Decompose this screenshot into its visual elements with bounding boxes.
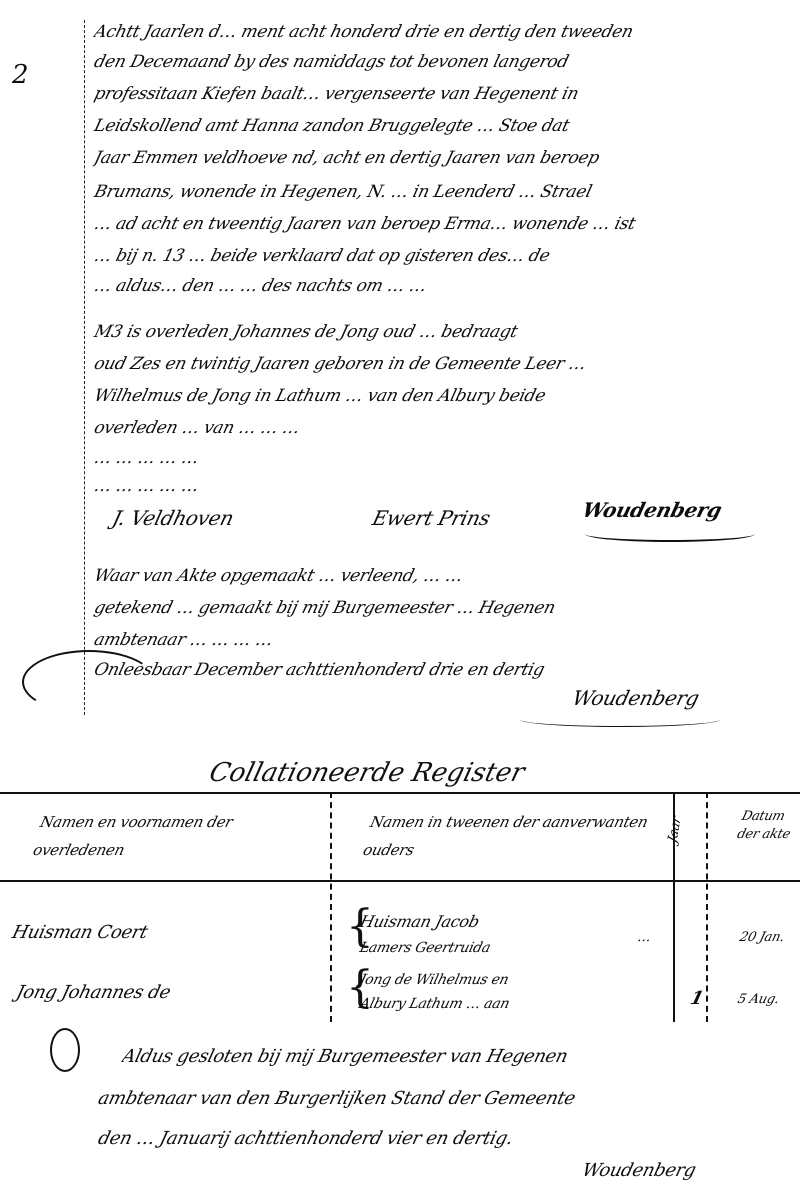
closing-signature: Woudenberg	[570, 686, 702, 710]
closing-signature-flourish	[520, 712, 720, 727]
footer-signature: Woudenberg	[580, 1160, 698, 1181]
footer-line: den … Januarij achttienhonderd vier en d…	[96, 1128, 795, 1149]
text-line: … ad acht en tweentig Jaaren van beroep …	[92, 214, 797, 234]
signature-prins: Ewert Prins	[370, 506, 493, 530]
table-header-date: Datum der akte	[735, 808, 800, 844]
text-line: Leidskollend amt Hanna zandon Bruggelegt…	[92, 116, 797, 136]
decorative-flourish	[50, 1028, 80, 1072]
text-line: … bij n. 13 … beide verklaard dat op gis…	[92, 246, 797, 266]
table-row-1-age: …	[636, 930, 652, 945]
text-line: M3 is overleden Johannes de Jong oud … b…	[92, 322, 797, 342]
table-header-rule	[0, 880, 800, 882]
footer-line: Aldus gesloten bij mij Burgemeester van …	[120, 1046, 795, 1067]
text-line: Brumans, wonende in Hegenen, N. … in Lee…	[92, 182, 797, 202]
register-title: Collationeerde Register	[206, 758, 527, 788]
text-line: Onleesbaar December achttienhonderd drie…	[92, 660, 797, 680]
record-number: 2	[12, 60, 29, 90]
signature-veldhoven: J. Veldhoven	[110, 506, 236, 530]
table-row-1-date: 20 Jan.	[738, 930, 786, 945]
table-row-2-date: 5 Aug.	[736, 992, 781, 1007]
table-row-1-parent-2: Lamers Geertruida	[358, 940, 492, 956]
signature-woudenberg: Woudenberg	[580, 498, 724, 522]
table-header-parents: Namen in tweenen der aanverwanten ouders	[360, 808, 654, 864]
text-line: Achtt Jaarlen d… ment acht honderd drie …	[92, 22, 797, 42]
table-row-2-parent-2: Albury Lathum … aan	[358, 996, 511, 1012]
text-line: overleden … van … … …	[92, 418, 797, 438]
table-header-name: Namen en voornamen der overledenen	[30, 808, 324, 864]
text-line: Jaar Emmen veldhoeve nd, acht en dertig …	[92, 148, 797, 168]
document-page: 2 Achtt Jaarlen d… ment acht honderd dri…	[0, 0, 800, 1200]
table-column-divider	[330, 792, 332, 1022]
table-row-2-name: Jong Johannes de	[14, 982, 173, 1003]
text-line: oud Zes en twintig Jaaren geboren in de …	[92, 354, 797, 374]
table-row-1-parent-1: Huisman Jacob	[358, 912, 481, 931]
text-line: getekend … gemaakt bij mij Burgemeester …	[92, 598, 797, 618]
text-line: Waar van Akte opgemaakt … verleend, … …	[92, 566, 797, 586]
table-row-1-name: Huisman Coert	[10, 922, 150, 943]
text-line: … aldus… den … … des nachts om … …	[92, 276, 797, 296]
table-header-year: Jaar	[666, 814, 685, 845]
margin-rule	[84, 20, 85, 715]
text-line: Wilhelmus de Jong in Lathum … van den Al…	[92, 386, 797, 406]
text-line: … … … … …	[92, 476, 797, 496]
text-line: professitaan Kiefen baalt… vergenseerte …	[92, 84, 797, 104]
text-line: den Decemaand by des namiddags tot bevon…	[92, 52, 797, 72]
table-top-rule	[0, 792, 800, 794]
text-line: … … … … …	[92, 448, 797, 468]
table-column-divider	[706, 792, 708, 1022]
table-row-2-parent-1: Jong de Wilhelmus en	[358, 972, 510, 988]
table-row-2-count: 1	[688, 988, 705, 1009]
footer-line: ambtenaar van den Burgerlijken Stand der…	[96, 1088, 795, 1109]
signature-flourish	[585, 526, 755, 542]
text-line: ambtenaar … … … …	[92, 630, 797, 650]
decorative-flourish	[22, 650, 156, 714]
